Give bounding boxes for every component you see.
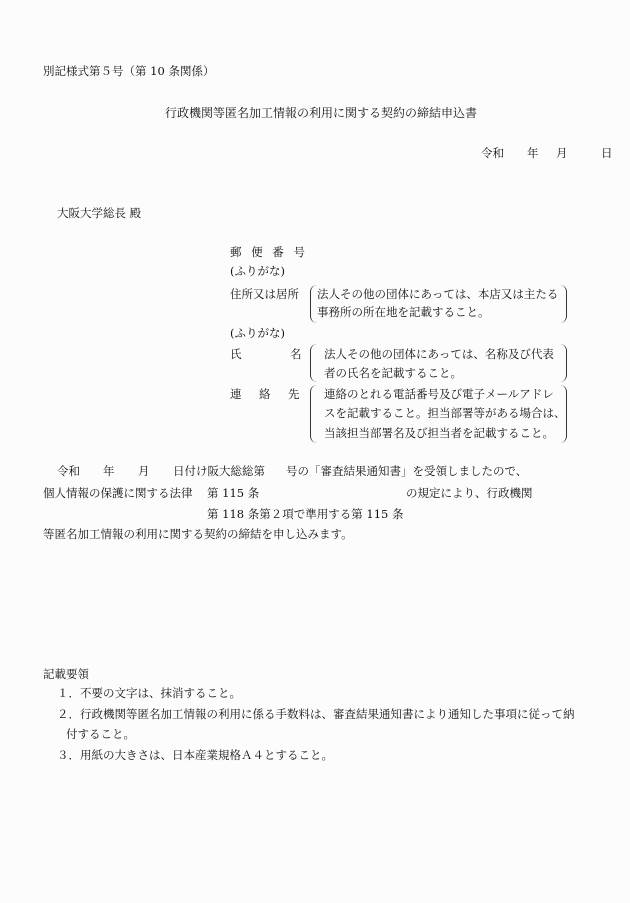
body-year: 年 [103,466,115,478]
date-month: 月 [556,148,568,160]
name-note-line-2: 者の氏名を記載すること。 [324,368,462,380]
date-era: 令和 [481,148,504,160]
postal-code-label: 郵 便 番 号 [230,247,308,259]
contact-label-2: 絡 [259,389,271,401]
contact-note-line-3: 当該担当部署名及び担当者を記載すること。 [324,428,554,440]
note-item-2-continued: 付すること。 [66,729,135,741]
contact-note-line-2: スを記載すること。担当部署等がある場合は、 [324,408,566,420]
body-line1-rest: 号の「審査結果通知書」を受領しましたので、 [286,466,527,478]
contact-label-1: 連 [230,389,242,401]
addressee: 大阪大学総長 殿 [57,208,141,220]
address-note-line-1: 法人その他の団体にあっては、本店又は主たる [317,289,558,301]
law-name: 個人情報の保護に関する法律 [43,488,193,500]
body-reference: 日付け阪大総総第 [173,466,265,478]
body-line4: 等匿名加工情報の利用に関する契約の締結を申し込みます。 [43,529,353,541]
notes-heading: 記載要領 [43,669,89,681]
name-note-line-1: 法人その他の団体にあっては、名称及び代表 [324,349,554,361]
body-line2-rest: の規定により、行政機関 [406,488,533,500]
furigana-label-address: (ふりがな) [230,266,285,278]
date-year: 年 [527,148,539,160]
note-item-2: ２．行政機関等匿名加工情報の利用に係る手数料は、審査結果通知書により通知した事項… [57,709,575,721]
address-label: 住所又は居所 [230,289,299,301]
contact-note-line-1: 連絡のとれる電話番号及び電子メールアドレ [324,389,554,401]
document-title: 行政機関等匿名加工情報の利用に関する契約の締結申込書 [165,107,477,119]
form-number: 別記様式第５号（第 10 条関係） [43,66,214,78]
name-label-second: 名 [290,349,302,361]
date-day: 日 [601,148,613,160]
article-option-a: 第 115 条 [207,488,259,500]
body-era: 令和 [57,466,80,478]
article-option-b: 第 118 条第２項で準用する第 115 条 [207,509,404,521]
note-item-3: ３．用紙の大きさは、日本産業規格Ａ４とすること。 [57,750,333,762]
address-note-line-2: 事務所の所在地を記載すること。 [317,307,490,319]
furigana-label-name: (ふりがな) [230,328,285,340]
contact-label-3: 先 [288,389,300,401]
note-item-1: １．不要の文字は、抹消すること。 [57,688,241,700]
body-month: 月 [138,466,150,478]
name-label-first: 氏 [230,349,242,361]
